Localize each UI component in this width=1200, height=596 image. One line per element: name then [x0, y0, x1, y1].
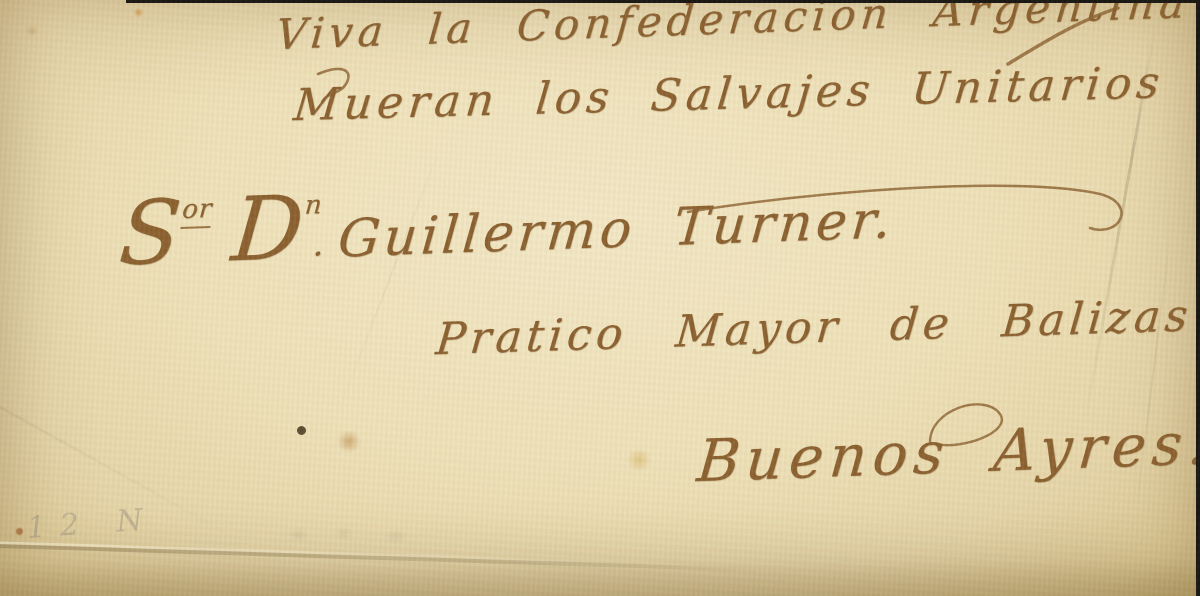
stain-left-top — [26, 26, 38, 36]
honorific-don-dot: . — [311, 224, 325, 265]
spacer — [208, 260, 230, 261]
stain-orange-top — [133, 8, 144, 17]
slogan-line-2: Mueran los Salvajes Unitarios — [292, 61, 1166, 128]
address-recipient-line: SorDn.Guillermo Turner. — [116, 163, 899, 278]
pencil-note: 12 N — [26, 505, 158, 544]
stain-yellow-blot — [626, 449, 652, 471]
bottom-edge-shadow — [0, 560, 1200, 596]
slogan-line-1: Viva la Confederacion Argentina — [274, 0, 1191, 56]
stain-red-dot — [16, 528, 23, 535]
envelope-scan: Viva la Confederacion Argentina Mueran l… — [0, 0, 1200, 596]
paper-crease-right-2 — [1132, 211, 1174, 539]
honorific-senor-initial: S — [116, 180, 185, 285]
scan-edge-top — [126, 0, 1200, 3]
pencil-smudge-faint — [276, 520, 426, 550]
honorific-don-superscript: n — [303, 190, 324, 223]
honorific-senor-superscript: or — [181, 194, 214, 229]
stain-brown-blot — [336, 431, 362, 452]
recipient-name: Guillermo Turner. — [336, 190, 898, 270]
address-title-line: Pratico Mayor de Balizas a — [434, 292, 1200, 362]
scan-edge-right — [1196, 0, 1200, 596]
honorific-don-initial: D — [228, 176, 308, 282]
stain-dark-dot — [297, 426, 306, 435]
address-city-line: Buenos Ayres. — [695, 414, 1200, 490]
